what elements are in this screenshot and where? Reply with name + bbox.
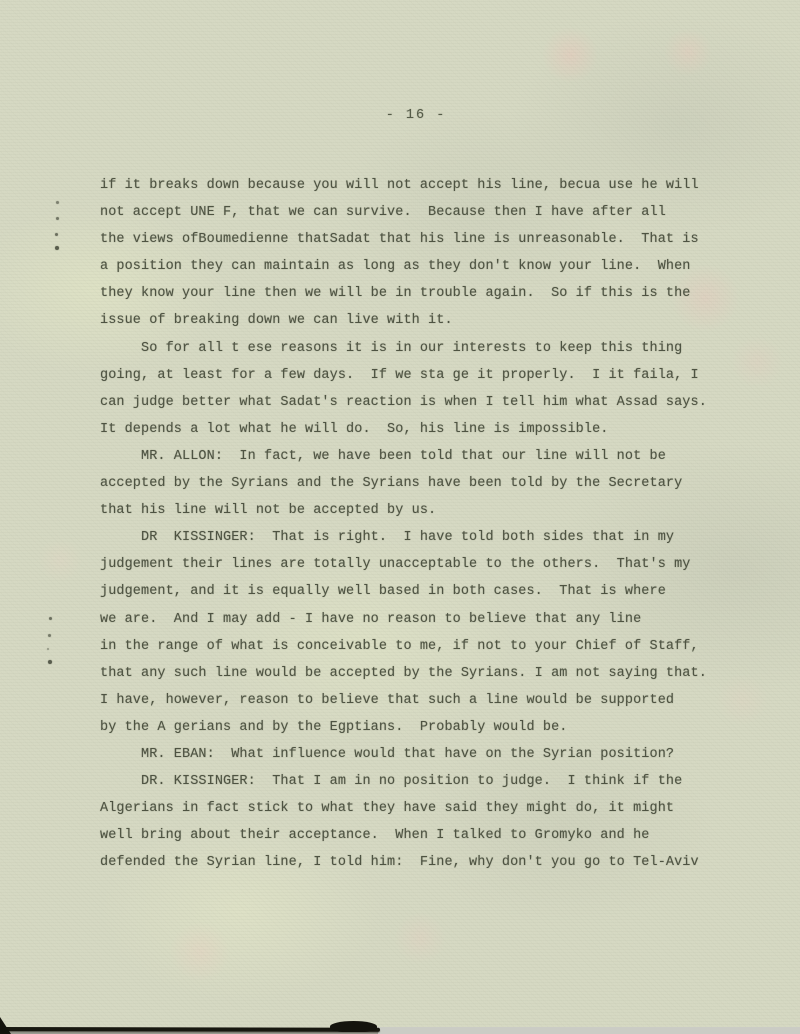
document-line: issue of breaking down we can live with … bbox=[100, 307, 720, 334]
document-line: that any such line would be accepted by … bbox=[100, 660, 720, 687]
document-line: if it breaks down because you will not a… bbox=[100, 172, 720, 199]
page-edge-shadow bbox=[0, 1027, 380, 1032]
document-line: going, at least for a few days. If we st… bbox=[100, 362, 720, 389]
document-line: can judge better what Sadat's reaction i… bbox=[100, 389, 720, 416]
margin-artifact-dot bbox=[47, 648, 49, 650]
document-line: accepted by the Syrians and the Syrians … bbox=[100, 470, 720, 497]
margin-artifact-dot bbox=[48, 634, 51, 637]
margin-artifact-dot bbox=[56, 217, 59, 220]
document-line: I have, however, reason to believe that … bbox=[100, 687, 720, 714]
page-number: - 16 - bbox=[0, 108, 800, 123]
document-line: by the A gerians and by the Egptians. Pr… bbox=[100, 714, 720, 741]
margin-artifact-dot bbox=[49, 617, 52, 620]
document-line: Algerians in fact stick to what they hav… bbox=[100, 795, 720, 822]
document-line: judgement their lines are totally unacce… bbox=[100, 551, 720, 578]
document-line: that his line will not be accepted by us… bbox=[100, 497, 720, 524]
document-line: MR. EBAN: What influence would that have… bbox=[100, 741, 720, 768]
document-line: MR. ALLON: In fact, we have been told th… bbox=[100, 443, 720, 470]
document-text: if it breaks down because you will not a… bbox=[100, 172, 720, 876]
document-line: DR KISSINGER: That is right. I have told… bbox=[100, 524, 720, 551]
margin-artifact-dot bbox=[55, 233, 58, 236]
margin-artifact-dot bbox=[56, 201, 59, 204]
document-line: they know your line then we will be in t… bbox=[100, 280, 720, 307]
document-line: a position they can maintain as long as … bbox=[100, 253, 720, 280]
document-line: defended the Syrian line, I told him: Fi… bbox=[100, 849, 720, 876]
document-line: So for all t ese reasons it is in our in… bbox=[100, 335, 720, 362]
document-line: DR. KISSINGER: That I am in no position … bbox=[100, 768, 720, 795]
scanner-bed-strip bbox=[376, 1027, 800, 1034]
document-line: in the range of what is conceivable to m… bbox=[100, 633, 720, 660]
document-line: we are. And I may add - I have no reason… bbox=[100, 606, 720, 633]
document-line: It depends a lot what he will do. So, hi… bbox=[100, 416, 720, 443]
document-line: well bring about their acceptance. When … bbox=[100, 822, 720, 849]
margin-artifact-dot bbox=[55, 246, 59, 250]
document-line: not accept UNE F, that we can survive. B… bbox=[100, 199, 720, 226]
document-line: judgement, and it is equally well based … bbox=[100, 578, 720, 605]
margin-artifact-dot bbox=[48, 660, 52, 664]
page-edge-blob bbox=[330, 1021, 377, 1032]
document-line: the views ofBoumedienne thatSadat that h… bbox=[100, 226, 720, 253]
